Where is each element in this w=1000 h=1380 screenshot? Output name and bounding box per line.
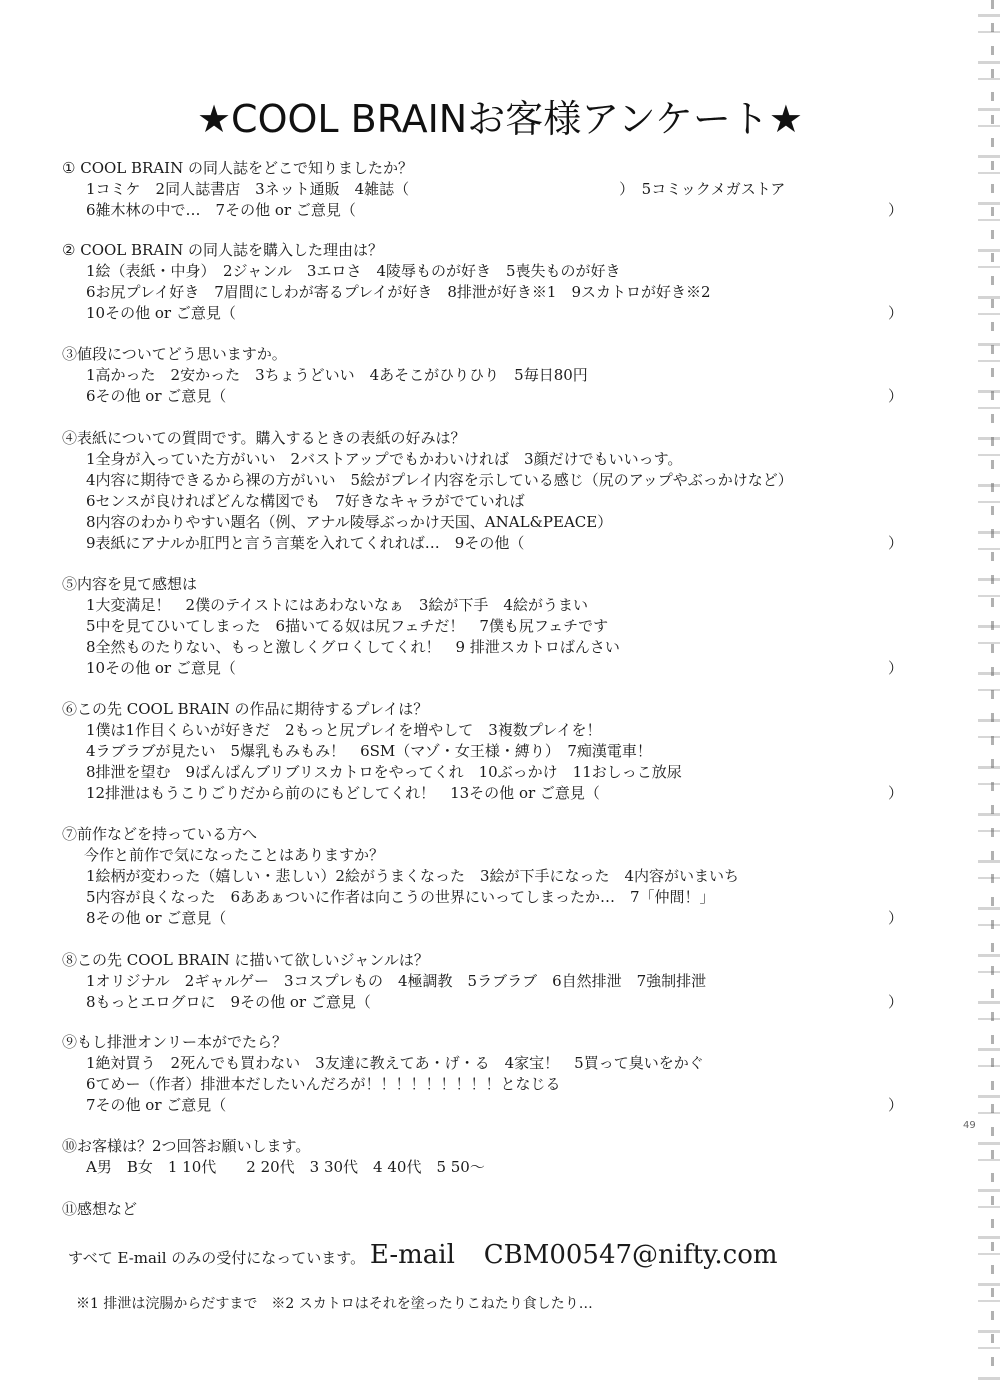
option-line: 9表紙にアナルか肛門と言う言葉を入れてくれれば… 9その他（） [62, 533, 922, 554]
question-2: ② COOL BRAIN の同人誌を購入した理由は？ 1絵（表紙・中身） 2ジャ… [62, 240, 922, 324]
option-text: 9表紙にアナルか肛門と言う言葉を入れてくれれば… 9その他（ [86, 534, 524, 552]
question-4: ④表紙についての質問です。購入するときの表紙の好みは？ 1全身が入っていた方がい… [62, 428, 922, 554]
option-line: 10その他 or ご意見（） [62, 658, 922, 679]
option-line: 5中を見てひいてしまった 6描いてる奴は尻フェチだ！ 7僕も尻フェチです [62, 616, 922, 637]
option-text: 4ラブラブが見たい 5爆乳もみもみ！ 6SM（マゾ・女王様・縛り） 7痴漢電車！ [86, 742, 652, 760]
option-line: 8排泄を望む 9ばんばんブリブリスカトロをやってくれ 10ぶっかけ 11おしっこ… [62, 762, 922, 783]
option-text: 4内容に期待できるから裸の方がいい 5絵がプレイ内容を示している感じ（尻のアップ… [86, 471, 793, 489]
option-line: 1高かった 2安かった 3ちょうどいい 4あそこがひりひり 5毎日80円 [62, 365, 922, 386]
question-heading: ⑤内容を見て感想は [62, 574, 922, 595]
answer-blank-close: ） [888, 908, 903, 929]
option-line: 4内容に期待できるから裸の方がいい 5絵がプレイ内容を示している感じ（尻のアップ… [62, 470, 922, 491]
option-text: 1絵（表紙・中身） 2ジャンル 3エロさ 4陵辱ものが好き 5喪失ものが好き [86, 262, 621, 280]
answer-blank-close: ） [888, 992, 903, 1013]
option-text: 8内容のわかりやすい題名（例、アナル陵辱ぶっかけ天国、ANAL&PEACE） [86, 513, 612, 531]
option-line: 5内容が良くなった 6ああぁついに作者は向こうの世界にいってしまったか… 7「仲… [62, 887, 922, 908]
question-heading: ⑧この先 COOL BRAIN に描いて欲しいジャンルは？ [62, 950, 922, 971]
option-text: 8排泄を望む 9ばんばんブリブリスカトロをやってくれ 10ぶっかけ 11おしっこ… [86, 763, 682, 781]
question-heading: ⑦前作などを持っている方へ [62, 824, 922, 845]
question-heading: ⑨もし排泄オンリー本がでたら？ [62, 1032, 922, 1053]
option-line: 10その他 or ご意見（） [62, 303, 922, 324]
option-text: A男 B女 1 10代 2 20代 3 30代 4 40代 5 50～ [86, 1158, 485, 1176]
question-1: ① COOL BRAIN の同人誌をどこで知りましたか？ 1コミケ 2同人誌書店… [62, 158, 922, 221]
question-8: ⑧この先 COOL BRAIN に描いて欲しいジャンルは？ 1オリジナル 2ギャ… [62, 950, 922, 1013]
answer-blank-close: ） [888, 783, 903, 804]
question-heading: ⑥この先 COOL BRAIN の作品に期待するプレイは？ [62, 699, 922, 720]
option-line: 1大変満足！ 2僕のテイストにはあわないなぁ 3絵が下手 4絵がうまい [62, 595, 922, 616]
question-9: ⑨もし排泄オンリー本がでたら？ 1絶対買う 2死んでも買わない 3友達に教えてあ… [62, 1032, 922, 1116]
question-heading: ⑪感想など [62, 1199, 922, 1220]
scan-edge-artifact [991, 0, 994, 1380]
answer-blank-close: ） [888, 200, 903, 221]
option-line: 6てめー（作者）排泄本だしたいんだろが！！！！！！！！！となじる [62, 1074, 922, 1095]
option-line: 6お尻プレイ好き 7眉間にしわが寄るプレイが好き 8排泄が好き※1 9スカトロが… [62, 282, 922, 303]
answer-blank-close: ） [888, 658, 903, 679]
option-line: 4ラブラブが見たい 5爆乳もみもみ！ 6SM（マゾ・女王様・縛り） 7痴漢電車！ [62, 741, 922, 762]
option-text: 1オリジナル 2ギャルゲー 3コスプレもの 4極調教 5ラブラブ 6自然排泄 7… [86, 972, 706, 990]
option-text: 6センスが良ければどんな構図でも 7好きなキャラがでていれば [86, 492, 525, 510]
email-address: CBM00547@nifty.com [484, 1240, 778, 1270]
option-line: 1コミケ 2同人誌書店 3ネット通販 4雑誌（ ） 5コミックメガストア [62, 179, 922, 200]
option-line: 6雑木林の中で… 7その他 or ご意見（） [62, 200, 922, 221]
option-line: 1絶対買う 2死んでも買わない 3友達に教えてあ・げ・る 4家宝！ 5買って臭い… [62, 1053, 922, 1074]
question-10: ⑩お客様は？2つ回答お願いします。 A男 B女 1 10代 2 20代 3 30… [62, 1136, 922, 1178]
option-text: 10その他 or ご意見（ [86, 304, 236, 322]
option-line: 6その他 or ご意見（） [62, 386, 922, 407]
answer-blank-close: ） [888, 533, 903, 554]
option-line: 7その他 or ご意見（） [62, 1095, 922, 1116]
option-text: 12排泄はもうこりごりだから前のにもどしてくれ！ 13その他 or ご意見（ [86, 784, 600, 802]
answer-blank-close: ） [888, 303, 903, 324]
contact-line: すべて E-mail のみの受付になっています。 E-mail CBM00547… [68, 1240, 778, 1270]
question-heading: ③値段についてどう思いますか。 [62, 344, 922, 365]
footnotes: ※1 排泄は浣腸からだすまで ※2 スカトロはそれを塗ったりこねたり食したり… [76, 1293, 593, 1313]
option-line: A男 B女 1 10代 2 20代 3 30代 4 40代 5 50～ [62, 1157, 922, 1178]
option-text: 6お尻プレイ好き 7眉間にしわが寄るプレイが好き 8排泄が好き※1 9スカトロが… [86, 283, 711, 301]
option-text: 1僕は1作目くらいが好きだ 2もっと尻プレイを増やして 3複数プレイを！ [86, 721, 601, 739]
option-line: 1オリジナル 2ギャルゲー 3コスプレもの 4極調教 5ラブラブ 6自然排泄 7… [62, 971, 922, 992]
question-6: ⑥この先 COOL BRAIN の作品に期待するプレイは？ 1僕は1作目くらいが… [62, 699, 922, 804]
option-text: 8その他 or ご意見（ [86, 909, 226, 927]
page-title: ★COOL BRAINお客様アンケート★ [0, 88, 1000, 143]
option-text: 1高かった 2安かった 3ちょうどいい 4あそこがひりひり 5毎日80円 [86, 366, 588, 384]
option-text: 8もっとエログロに 9その他 or ご意見（ [86, 993, 371, 1011]
option-line: 1絵柄が変わった（嬉しい・悲しい）2絵がうまくなった 3絵が下手になった 4内容… [62, 866, 922, 887]
option-text: 1絵柄が変わった（嬉しい・悲しい）2絵がうまくなった 3絵が下手になった 4内容… [86, 867, 739, 885]
subheading-text: 今作と前作で気になったことはありますか？ [84, 846, 384, 864]
option-line: 1絵（表紙・中身） 2ジャンル 3エロさ 4陵辱ものが好き 5喪失ものが好き [62, 261, 922, 282]
option-text: 1コミケ 2同人誌書店 3ネット通販 4雑誌（ ） 5コミックメガストア [86, 180, 785, 198]
option-text: 1絶対買う 2死んでも買わない 3友達に教えてあ・げ・る 4家宝！ 5買って臭い… [86, 1054, 704, 1072]
answer-blank-close: ） [888, 1095, 903, 1116]
option-line: 8もっとエログロに 9その他 or ご意見（） [62, 992, 922, 1013]
option-text: 1全身が入っていた方がいい 2バストアップでもかわいければ 3顔だけでもいいっす… [86, 450, 682, 468]
option-line: 8その他 or ご意見（） [62, 908, 922, 929]
option-line: 1全身が入っていた方がいい 2バストアップでもかわいければ 3顔だけでもいいっす… [62, 449, 922, 470]
question-heading: ④表紙についての質問です。購入するときの表紙の好みは？ [62, 428, 922, 449]
scan-edge-artifact [978, 0, 1000, 1380]
option-line: 8全然ものたりない、もっと激しくグロくしてくれ！ 9 排泄スカトロばんさい [62, 637, 922, 658]
question-heading: ① COOL BRAIN の同人誌をどこで知りましたか？ [62, 158, 922, 179]
option-text: 1大変満足！ 2僕のテイストにはあわないなぁ 3絵が下手 4絵がうまい [86, 596, 588, 614]
question-7: ⑦前作などを持っている方へ 今作と前作で気になったことはありますか？ 1絵柄が変… [62, 824, 922, 929]
question-subheading: 今作と前作で気になったことはありますか？ [62, 845, 922, 866]
option-text: 6雑木林の中で… 7その他 or ご意見（ [86, 201, 356, 219]
answer-blank-close: ） [888, 386, 903, 407]
page-number: 49 [963, 1120, 976, 1131]
question-heading: ⑩お客様は？2つ回答お願いします。 [62, 1136, 922, 1157]
option-text: 5内容が良くなった 6ああぁついに作者は向こうの世界にいってしまったか… 7「仲… [86, 888, 715, 906]
option-line: 12排泄はもうこりごりだから前のにもどしてくれ！ 13その他 or ご意見（） [62, 783, 922, 804]
question-11: ⑪感想など [62, 1199, 922, 1220]
question-5: ⑤内容を見て感想は 1大変満足！ 2僕のテイストにはあわないなぁ 3絵が下手 4… [62, 574, 922, 679]
contact-prefix: すべて E-mail のみの受付になっています。 [68, 1249, 365, 1267]
option-line: 1僕は1作目くらいが好きだ 2もっと尻プレイを増やして 3複数プレイを！ [62, 720, 922, 741]
option-text: 10その他 or ご意見（ [86, 659, 236, 677]
question-heading: ② COOL BRAIN の同人誌を購入した理由は？ [62, 240, 922, 261]
question-3: ③値段についてどう思いますか。 1高かった 2安かった 3ちょうどいい 4あそこ… [62, 344, 922, 407]
option-text: 5中を見てひいてしまった 6描いてる奴は尻フェチだ！ 7僕も尻フェチです [86, 617, 608, 635]
option-text: 6てめー（作者）排泄本だしたいんだろが！！！！！！！！！となじる [86, 1075, 561, 1093]
option-line: 8内容のわかりやすい題名（例、アナル陵辱ぶっかけ天国、ANAL&PEACE） [62, 512, 922, 533]
email-label: E-mail [370, 1240, 455, 1270]
option-line: 6センスが良ければどんな構図でも 7好きなキャラがでていれば [62, 491, 922, 512]
option-text: 7その他 or ご意見（ [86, 1096, 226, 1114]
option-text: 6その他 or ご意見（ [86, 387, 226, 405]
questionnaire-page: ★COOL BRAINお客様アンケート★ ① COOL BRAIN の同人誌をど… [0, 0, 1000, 1380]
option-text: 8全然ものたりない、もっと激しくグロくしてくれ！ 9 排泄スカトロばんさい [86, 638, 620, 656]
